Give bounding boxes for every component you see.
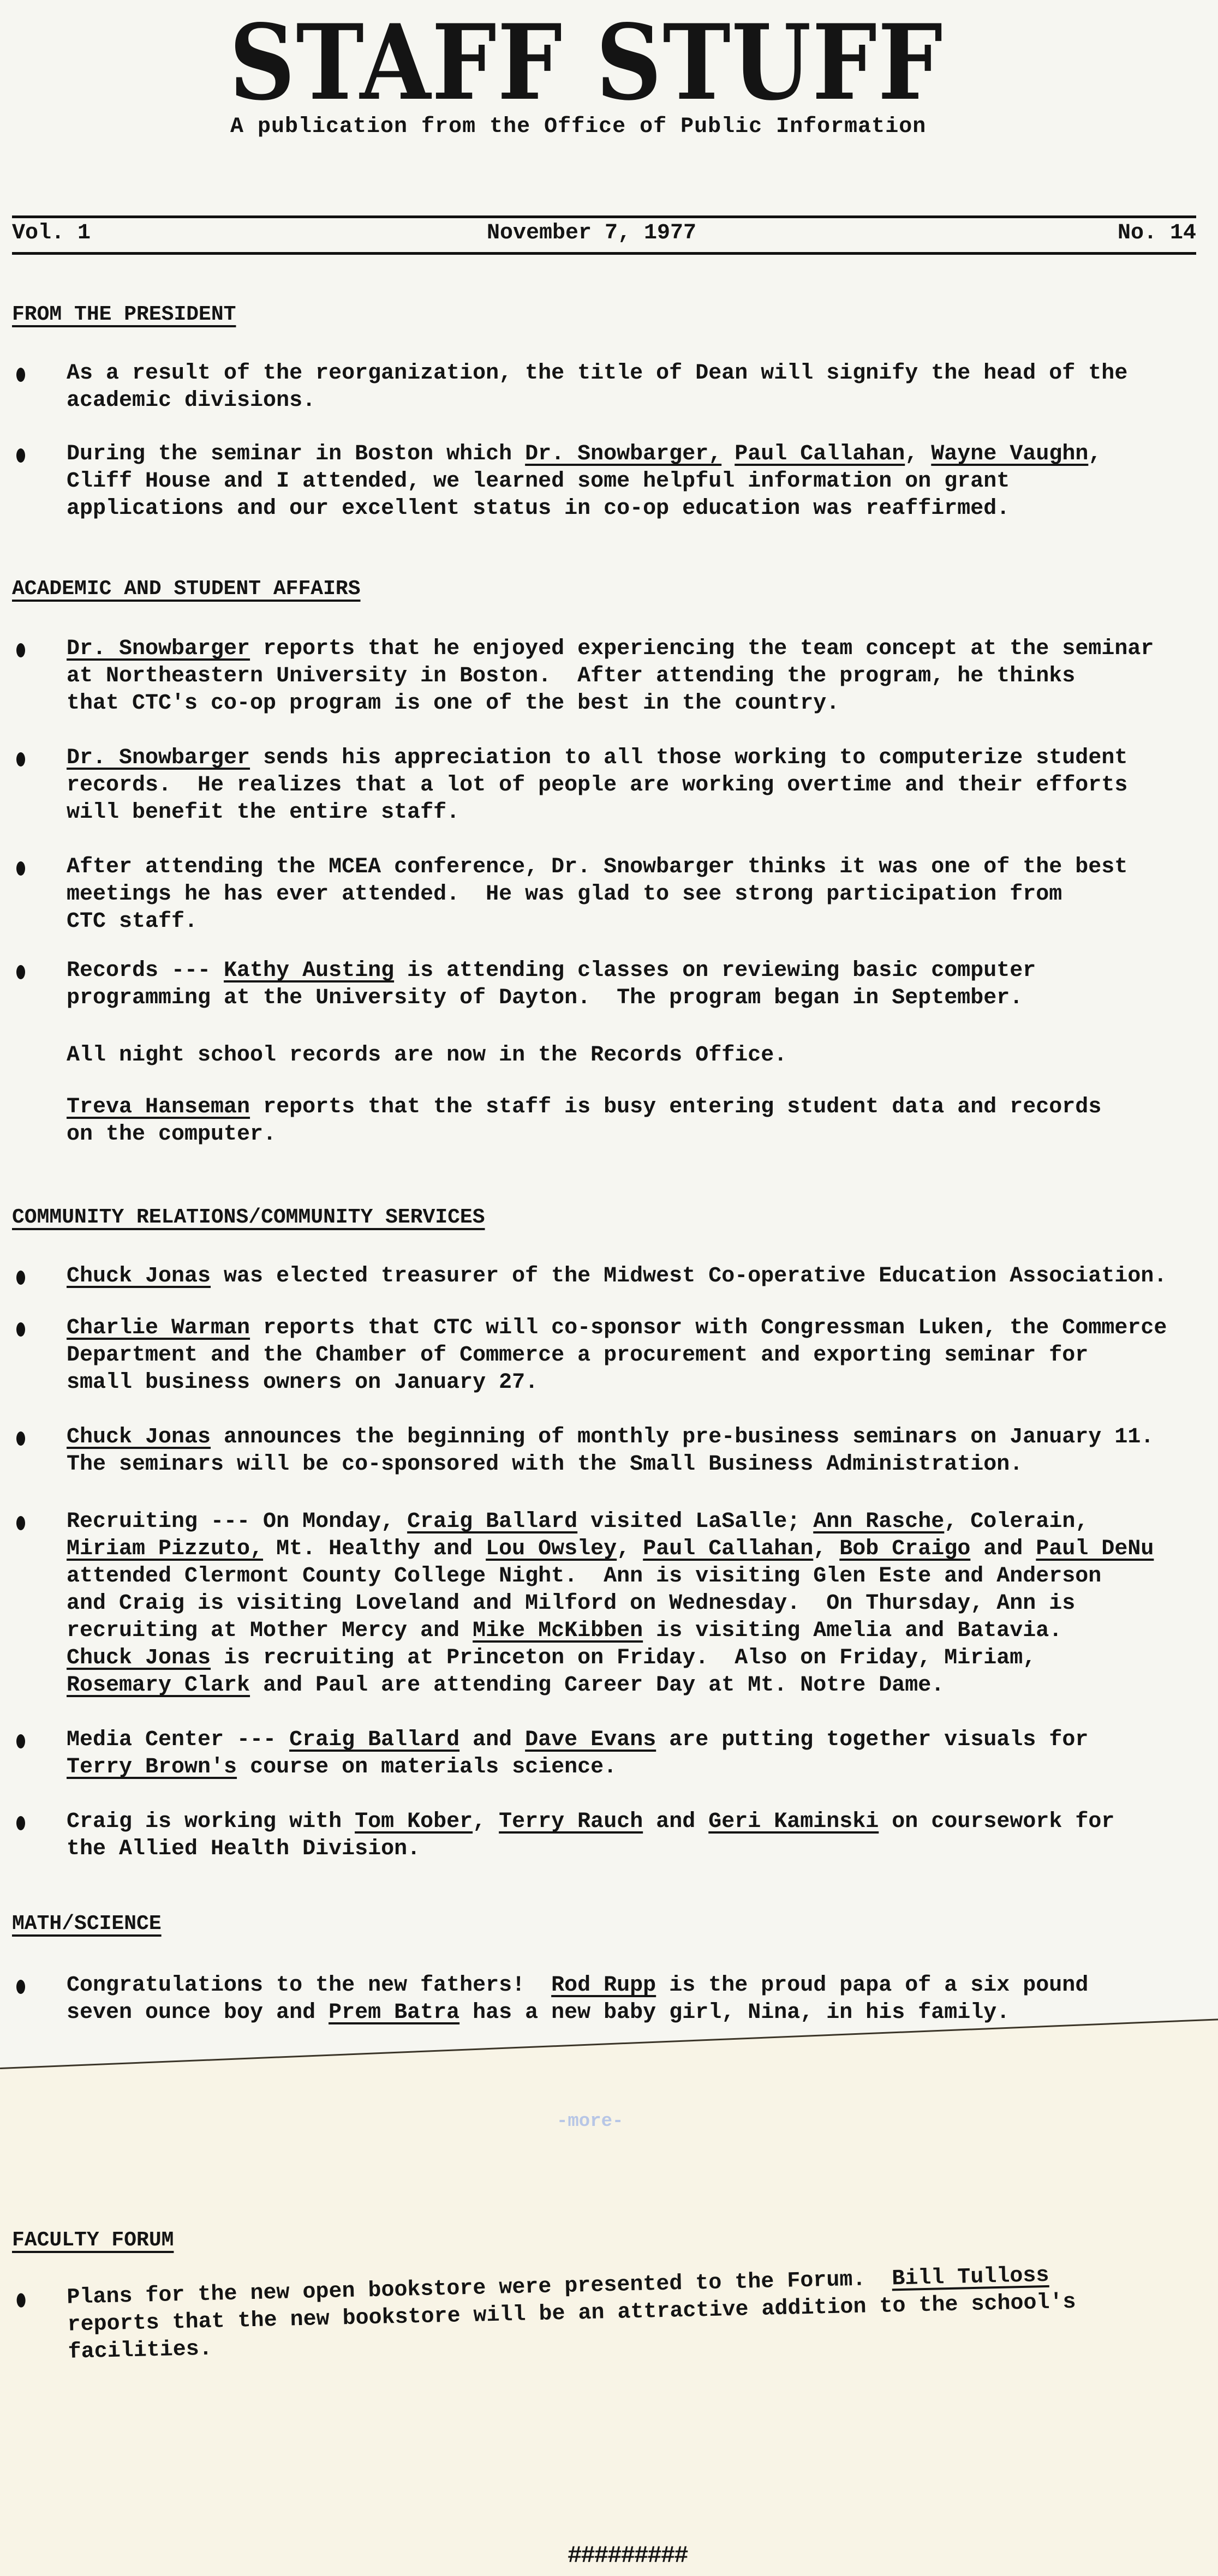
- underlined-name: Chuck Jonas: [67, 1646, 211, 1670]
- underlined-name: Dr. Snowbarger,: [525, 442, 721, 466]
- news-item-text: Recruiting --- On Monday, Craig Ballard …: [67, 1508, 1218, 1699]
- news-item-text: Chuck Jonas was elected treasurer of the…: [67, 1263, 1218, 1290]
- underlined-name: Charlie Warman: [67, 1316, 250, 1340]
- text-run: and: [970, 1537, 1036, 1561]
- underlined-name: Rosemary Clark: [67, 1673, 250, 1698]
- underlined-name: Ann Rasche: [813, 1509, 944, 1534]
- underlined-name: Chuck Jonas: [67, 1425, 211, 1449]
- text-run: Craig is working with: [67, 1810, 355, 1834]
- news-item-text: During the seminar in Boston which Dr. S…: [67, 441, 1218, 523]
- text-run: announces the beginning of monthly pre-b…: [67, 1425, 1154, 1477]
- bullet-icon: [16, 448, 25, 463]
- bullet-icon: [16, 368, 25, 382]
- text-run: is visiting Amelia and Batavia.: [643, 1619, 1062, 1643]
- text-run: are putting together visuals for: [656, 1728, 1088, 1752]
- text-run: Media Center ---: [67, 1728, 289, 1752]
- text-run: Mt. Healthy and: [263, 1537, 486, 1561]
- underlined-name: Bob Craigo: [839, 1537, 970, 1561]
- underlined-name: Dr. Snowbarger: [67, 746, 250, 770]
- news-item-text: Congratulations to the new fathers! Rod …: [67, 1972, 1218, 2027]
- news-item-text: Craig is working with Tom Kober, Terry R…: [67, 1808, 1218, 1863]
- news-item-text: Chuck Jonas announces the beginning of m…: [67, 1424, 1218, 1478]
- section-heading: ACADEMIC AND STUDENT AFFAIRS: [12, 577, 361, 601]
- bullet-icon: [16, 965, 25, 979]
- text-run: ,: [905, 442, 931, 466]
- underlined-name: Prem Batra: [329, 2000, 459, 2025]
- news-item-text: Treva Hanseman reports that the staff is…: [67, 1094, 1218, 1148]
- underlined-name: Terry Brown's: [67, 1755, 237, 1780]
- text-run: As a result of the reorganization, the t…: [67, 361, 1127, 413]
- underlined-name: Dave Evans: [525, 1728, 656, 1752]
- news-item-text: Dr. Snowbarger reports that he enjoyed e…: [67, 636, 1218, 717]
- section-heading: MATH/SCIENCE: [12, 1912, 162, 1936]
- text-run: ,: [813, 1537, 839, 1561]
- text-run: Recruiting --- On Monday,: [67, 1509, 407, 1534]
- bullet-icon: [16, 1271, 25, 1285]
- news-item-text: Dr. Snowbarger sends his appreciation to…: [67, 745, 1218, 826]
- text-run: ,: [473, 1810, 499, 1834]
- masthead-bottom-rule: [12, 252, 1196, 255]
- text-run: visited LaSalle;: [577, 1509, 813, 1534]
- bullet-icon: [16, 1322, 25, 1337]
- underlined-name: Miriam Pizzuto,: [67, 1537, 263, 1561]
- bullet-icon: [16, 1734, 25, 1748]
- bullet-icon: [16, 643, 25, 657]
- underlined-name: Rod Rupp: [551, 1973, 656, 1998]
- underlined-name: Tom Kober: [355, 1810, 473, 1834]
- newsletter-subtitle: A publication from the Office of Public …: [230, 115, 926, 139]
- issue-date: November 7, 1977: [487, 221, 696, 245]
- news-item-text: Records --- Kathy Austing is attending c…: [67, 957, 1218, 1012]
- underlined-name: Terry Rauch: [499, 1810, 643, 1834]
- text-run: During the seminar in Boston which: [67, 442, 525, 466]
- text-run: After attending the MCEA conference, Dr.…: [67, 855, 1127, 934]
- underlined-name: Geri Kaminski: [708, 1810, 879, 1834]
- text-run: and: [643, 1810, 708, 1834]
- bullet-icon: [16, 1516, 25, 1530]
- bullet-icon: [16, 752, 25, 766]
- issue-number: No. 14: [1118, 221, 1196, 245]
- continuation-marker: -more-: [557, 2111, 623, 2132]
- text-run: has a new baby girl, Nina, in his family…: [459, 2000, 1010, 2025]
- news-item-text: Plans for the new open bookstore were pr…: [67, 2259, 1218, 2367]
- text-run: ,: [617, 1537, 643, 1561]
- underlined-name: Craig Ballard: [289, 1728, 459, 1752]
- underlined-name: Paul Callahan: [643, 1537, 813, 1561]
- bullet-icon: [16, 2293, 26, 2307]
- text-run: Congratulations to the new fathers!: [67, 1973, 551, 1998]
- underlined-name: Chuck Jonas: [67, 1264, 211, 1289]
- underlined-name: Bill Tulloss: [892, 2263, 1049, 2292]
- underlined-name: Paul DeNu: [1036, 1537, 1154, 1561]
- text-run: was elected treasurer of the Midwest Co-…: [211, 1264, 1167, 1289]
- bullet-icon: [16, 1980, 25, 1994]
- underlined-name: Treva Hanseman: [67, 1095, 250, 1119]
- text-run: , Colerain,: [944, 1509, 1088, 1534]
- underlined-name: Mike McKibben: [473, 1619, 643, 1643]
- news-item-text: Charlie Warman reports that CTC will co-…: [67, 1315, 1218, 1397]
- underlined-name: Kathy Austing: [224, 958, 394, 983]
- text-run: All night school records are now in the …: [67, 1043, 787, 1068]
- masthead-top-rule: [12, 215, 1196, 218]
- text-run: and: [459, 1728, 525, 1752]
- underlined-name: Paul Callahan: [735, 442, 905, 466]
- bullet-icon: [16, 861, 25, 876]
- text-run: Records ---: [67, 958, 224, 983]
- underlined-name: Craig Ballard: [407, 1509, 577, 1534]
- news-item-text: As a result of the reorganization, the t…: [67, 360, 1218, 415]
- news-item-text: Media Center --- Craig Ballard and Dave …: [67, 1727, 1218, 1781]
- text-run: course on materials science.: [237, 1755, 617, 1780]
- underlined-name: Wayne Vaughn: [931, 442, 1088, 466]
- bullet-icon: [16, 1816, 25, 1830]
- news-item-text: All night school records are now in the …: [67, 1042, 1218, 1069]
- section-heading: COMMUNITY RELATIONS/COMMUNITY SERVICES: [12, 1206, 485, 1229]
- volume-number: Vol. 1: [12, 221, 91, 245]
- underlined-name: Dr. Snowbarger: [67, 637, 250, 661]
- news-item: Plans for the new open bookstore were pr…: [12, 2259, 1217, 2286]
- end-mark: #########: [568, 2542, 688, 2569]
- section-heading: FACULTY FORUM: [12, 2228, 174, 2252]
- text-run: and Paul are attending Career Day at Mt.…: [250, 1673, 944, 1698]
- section-heading: FROM THE PRESIDENT: [12, 303, 236, 326]
- underlined-name: Lou Owsley: [486, 1537, 617, 1561]
- text-run: is recruiting at Princeton on Friday. Al…: [211, 1646, 1036, 1670]
- news-item-text: After attending the MCEA conference, Dr.…: [67, 854, 1218, 936]
- text-run: [721, 442, 735, 466]
- bullet-icon: [16, 1431, 25, 1446]
- newsletter-title: STAFF STUFF: [229, 11, 829, 115]
